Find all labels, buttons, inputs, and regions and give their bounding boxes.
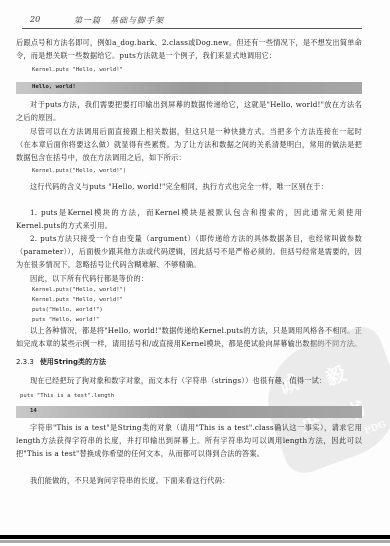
paragraph: 因此，以下所有代码行都是等价的： [16,272,362,285]
code-line: puts("Hello, world!") [32,305,103,315]
code-line: Kernel.puts("Hello, world!") [32,166,126,176]
footer-bar [0,535,390,539]
output-box: 14 [16,406,362,418]
running-header: 20 第一篇 基础与脚手架 [22,14,362,29]
paragraph: 尽管可以在方法调用后面直接跟上相关数据，但这只是一种快捷方式。当把多个方法连接在… [16,125,362,164]
paragraph: 后跟点号和方法名即可，例如a_dog.bark、2.class或Dog.new。… [16,36,362,62]
paragraph: 对于puts方法，我们需要把要打印输出到屏幕的数据传递给它，这就是"Hello,… [16,98,362,124]
paragraph: 这行代码的含义与puts "Hello, world!"完全相同，执行方式也完全… [16,180,362,193]
book-page: 20 第一篇 基础与脚手架 后跟点号和方法名即可，例如a_dog.bark、2.… [0,0,390,546]
paragraph: 现在已经把玩了狗对象和数字对象，而文本行（字符串（strings））也很有趣，值… [16,374,362,387]
paragraph: 1. puts是Kernel模块的方法，而Kernel模块是被默认包含和搜索的，… [16,206,362,232]
footer-bar-shadow [0,540,390,543]
section-heading: 2.3.3使用String类的方法 [16,357,106,367]
section-title: 使用String类的方法 [40,358,106,366]
paragraph: 2. puts方法只接受一个自由变量（argument）（即传递给方法的具体数据… [16,232,362,271]
output-text: 14 [30,408,37,414]
paragraph: 字符串"This is a test"是String类的对象（请用"This i… [16,421,362,460]
code-line: Kernel.puts "Hello, world!" [32,65,123,75]
paragraph: 我们能做的，不只是询问字符串的长度。下面来看这行代码： [16,474,362,487]
watermark-label: PDG [363,420,387,437]
part-title: 第一篇 基础与脚手架 [74,15,164,26]
output-box: Hello, world! [16,82,362,94]
output-text: Hello, world! [32,84,76,90]
code-line: puts "This is a test".length [20,391,114,401]
code-line: Kernel.puts("Hello, world!") [32,285,126,295]
page-number: 20 [30,15,40,24]
code-line: Kernel.puts "Hello, world!" [32,295,123,305]
section-number: 2.3.3 [16,358,34,366]
